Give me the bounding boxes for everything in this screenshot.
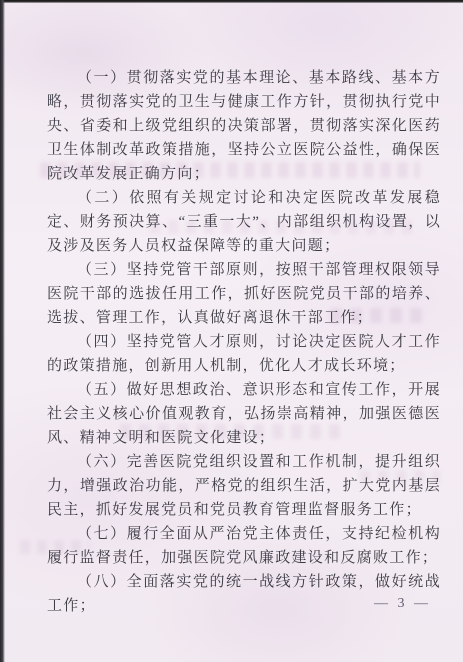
scanned-document-page: （一）贯彻落实党的基本理论、基本路线、基本方略，贯彻落实党的卫生与健康工作方针，… <box>0 0 463 662</box>
paragraph-item-7: （七）履行全面从严治党主体责任，支持纪检机构履行监督责任，加强医院党风廉政建设和… <box>47 522 441 570</box>
paragraph-item-6: （六）完善医院党组织设置和工作机制，提升组织力，增强政治功能，严格党的组织生活，… <box>47 450 441 522</box>
paragraph-item-1: （一）贯彻落实党的基本理论、基本路线、基本方略，贯彻落实党的卫生与健康工作方针，… <box>47 66 441 186</box>
page-number: — 3 — <box>374 596 431 612</box>
paragraph-item-2: （二）依照有关规定讨论和决定医院改革发展稳定、财务预决算、“三重一大”、内部组织… <box>47 186 441 258</box>
scan-edge-top <box>0 0 463 3</box>
scan-edge-left <box>0 0 5 662</box>
paragraph-item-4: （四）坚持党管人才原则，讨论决定医院人才工作的政策措施，创新用人机制，优化人才成… <box>47 330 441 378</box>
document-body: （一）贯彻落实党的基本理论、基本路线、基本方略，贯彻落实党的卫生与健康工作方针，… <box>47 66 441 618</box>
paragraph-item-5: （五）做好思想政治、意识形态和宣传工作，开展社会主义核心价值观教育，弘扬崇高精神… <box>47 378 441 450</box>
paragraph-item-3: （三）坚持党管干部原则，按照干部管理权限领导医院干部的选拔任用工作，抓好医院党员… <box>47 258 441 330</box>
